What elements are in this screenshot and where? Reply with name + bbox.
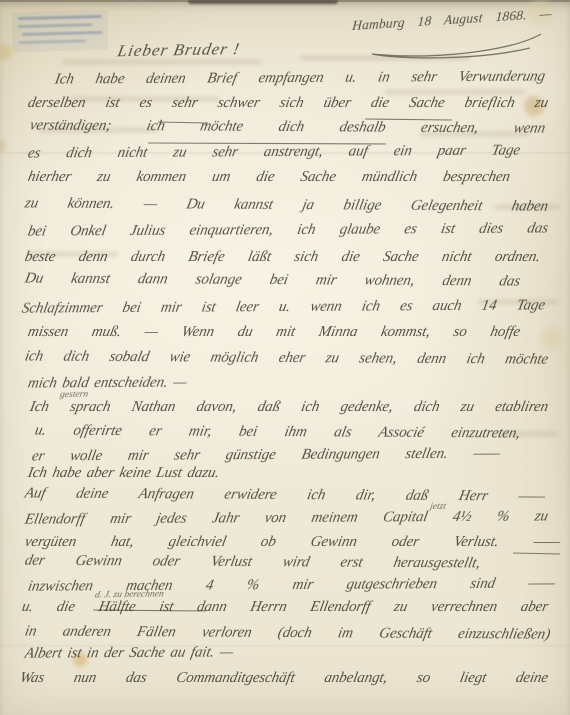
letter-line: in anderen Fällen verloren (doch im Gesc… bbox=[25, 621, 550, 644]
letter-line: Ich sprach Nathan davon, daß ich gedenke… bbox=[30, 397, 548, 417]
underline-stroke bbox=[513, 553, 560, 554]
letter-line: derselben ist es sehr schwer sich über d… bbox=[28, 93, 548, 113]
letter-line: Was nun das Commanditgeschäft anbelangt,… bbox=[20, 668, 548, 688]
archive-stamp-icon bbox=[11, 10, 108, 52]
interlinear-note: gestern bbox=[59, 390, 89, 400]
salutation: Lieber Bruder ! bbox=[116, 39, 242, 61]
letter-line: Ich habe aber keine Lust dazu. bbox=[28, 463, 219, 483]
dateline: Hamburg 18 August 1868. — bbox=[352, 6, 553, 34]
letter-line: hierher zu kommen um die Sache mündlich … bbox=[28, 167, 510, 187]
letter-line: beste denn durch Briefe läßt sich die Sa… bbox=[25, 247, 540, 267]
interlinear-note: jetzt bbox=[429, 502, 447, 512]
bleedthrough-line bbox=[300, 56, 470, 60]
letter-line: Ich habe deinen Brief empfangen u. in se… bbox=[55, 67, 545, 90]
foxing-spot bbox=[0, 140, 6, 152]
letter-line: Du kannst dann solange bei mir wohnen, d… bbox=[25, 268, 520, 291]
letter-line: der Gewinn oder Verlust wird erst heraus… bbox=[25, 551, 480, 574]
scan-top-smudge bbox=[188, 0, 338, 4]
foxing-spot bbox=[0, 44, 12, 60]
letter-line: Schlafzimmer bei mir ist leer u. wenn ic… bbox=[22, 295, 545, 318]
letter-line: u. offerirte er mir, bei ihm als Associé… bbox=[35, 421, 520, 444]
foxing-spot bbox=[541, 327, 563, 349]
bleedthrough-line bbox=[62, 60, 262, 64]
letter-line: verständigen; ich möchte dich deshalb er… bbox=[30, 115, 545, 138]
interlinear-note: d. J. zu berechnen bbox=[94, 589, 164, 600]
date-flourish bbox=[372, 34, 541, 58]
letter-scan-page: Hamburg 18 August 1868. — Lieber Bruder … bbox=[0, 0, 570, 715]
letter-line: missen muß. — Wenn du mit Minna kommst, … bbox=[28, 322, 520, 342]
letter-line: mich bald entscheiden. — bbox=[28, 373, 187, 394]
letter-line: Ellendorff mir jedes Jahr von meinem Cap… bbox=[25, 506, 548, 529]
letter-line: vergüten hat, gleichviel ob Gewinn oder … bbox=[25, 532, 560, 552]
letter-line: zu können. — Du kannst ja billige Gelege… bbox=[25, 193, 548, 216]
letter-line: bei Onkel Julius einquartieren, ich glau… bbox=[28, 218, 548, 241]
letter-line: Auf deine Anfragen erwidere ich dir, daß… bbox=[25, 483, 545, 506]
letter-line: ich dich sobald wie möglich eher zu sehe… bbox=[25, 346, 548, 369]
letter-line: Albert ist in der Sache au fait. — bbox=[25, 642, 233, 663]
letter-line: es dich nicht zu sehr anstrengt, auf ein… bbox=[28, 140, 520, 163]
